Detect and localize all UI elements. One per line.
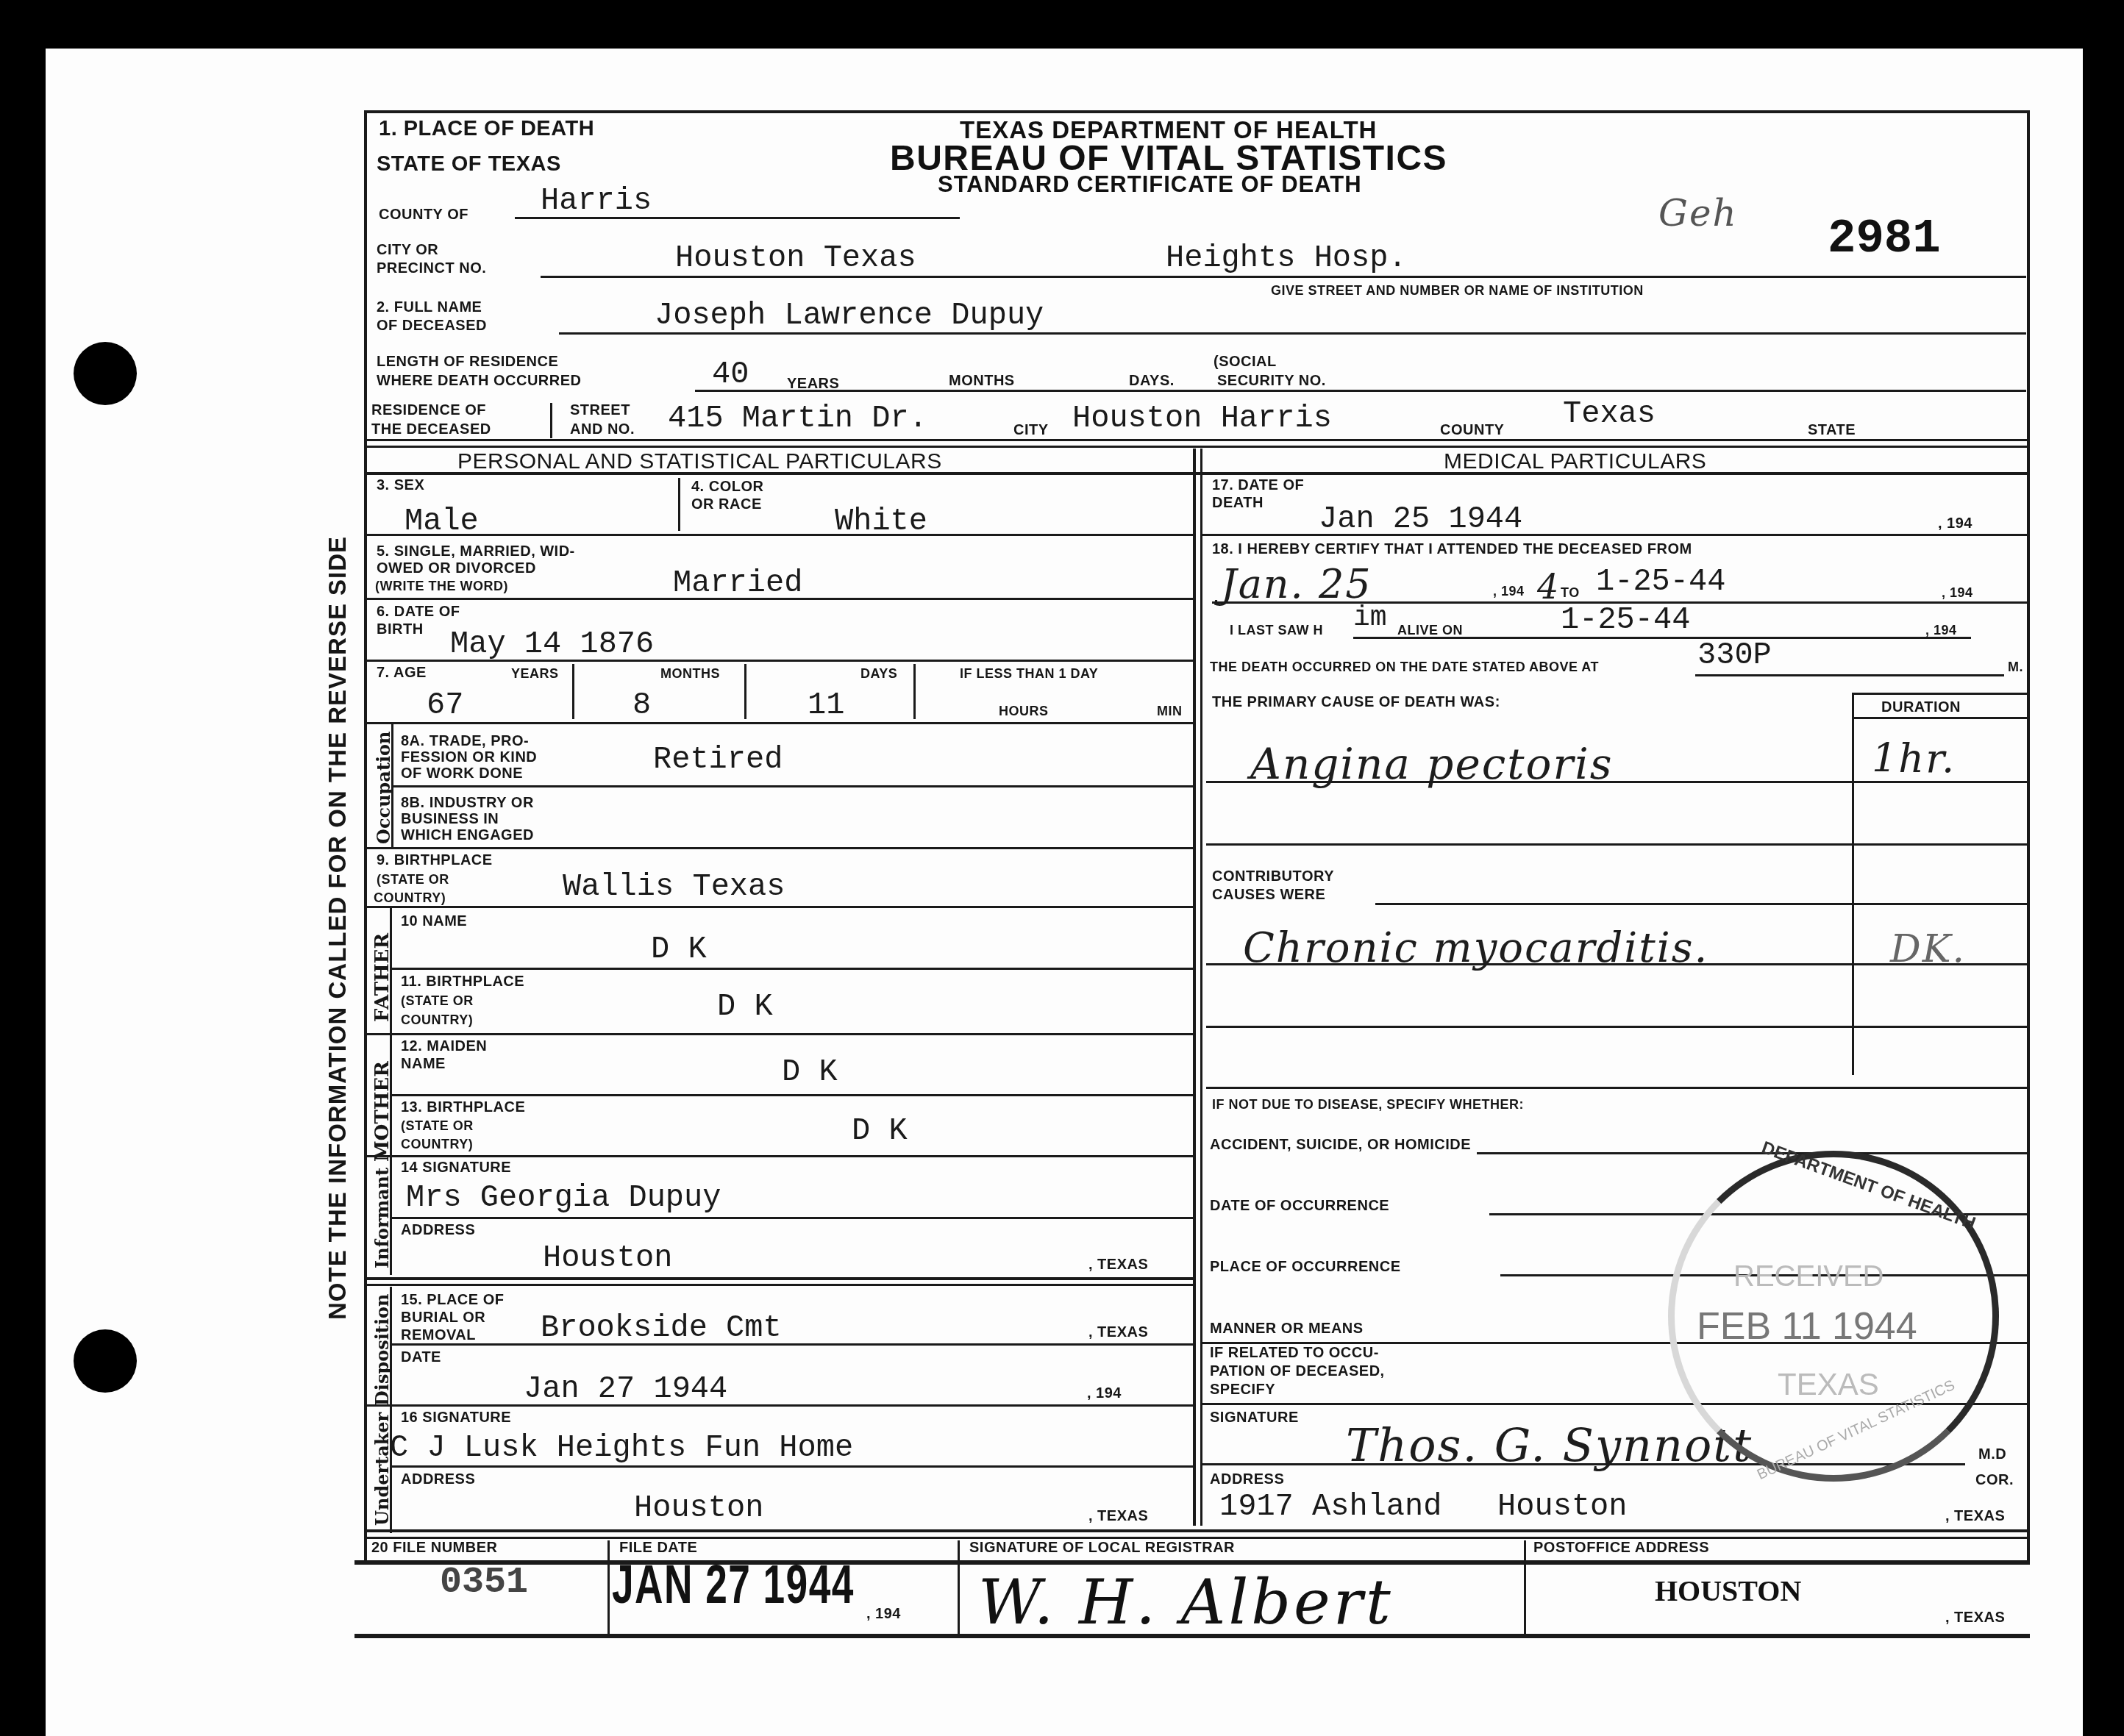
marital-label-1: 5. SINGLE, MARRIED, WID- [377,544,575,560]
age-divider-2 [744,664,746,719]
stamp-date: FEB 11 1944 [1697,1304,1917,1349]
residence-years-value: 40 [712,359,749,390]
physician-address-value: 1917 Ashland Houston [1219,1491,1628,1522]
occurrence-date-label: DATE OF OCCURRENCE [1210,1199,1389,1214]
residence-bracket [550,403,552,438]
months-label: MONTHS [949,374,1015,389]
manner-label: MANNER OR MEANS [1210,1321,1364,1337]
sex-value: Male [405,506,479,537]
residence-state-label: STATE [1808,423,1856,438]
registrar-divider [958,1540,960,1636]
cor-label: COR. [1975,1473,2014,1488]
time-line [1695,674,2004,676]
contributory-line [1375,903,2030,905]
sex-line [364,534,1193,536]
city-label-1: CITY OR [377,243,438,258]
postoffice-texas-label: , TEXAS [1945,1610,2005,1626]
undertaker-sig-line [390,1465,1193,1468]
time-of-death-label: THE DEATH OCCURRED ON THE DATE STATED AB… [1210,660,1599,674]
residence-length-label-2: WHERE DEATH OCCURRED [377,374,582,389]
residence-city-label: CITY [1013,423,1049,438]
residence-city-value: Houston Harris [1072,403,1332,434]
father-birthplace-label-1: 11. BIRTHPLACE [401,974,524,990]
county-line [515,217,960,219]
file-number-label: 20 FILE NUMBER [371,1540,497,1556]
county-label: COUNTY OF [379,207,468,223]
mother-birthplace-label-1: 13. BIRTHPLACE [401,1100,525,1115]
residence-county-value: Texas [1563,399,1656,429]
informant-address-value: Houston [543,1243,672,1274]
duration-header-line [1852,717,2030,719]
burial-texas-label: , TEXAS [1088,1325,1148,1340]
father-name-value: D K [651,934,707,965]
contributory-line-2 [1206,963,2030,965]
informant-double-line [364,1284,1193,1286]
stamp-received: RECEIVED [1733,1260,1884,1293]
informant-signature-label: 14 SIGNATURE [401,1160,511,1176]
mother-maiden-line [390,1094,1193,1096]
occupation-related-label-3: SPECIFY [1210,1382,1275,1398]
reverse-side-note: NOTE THE INFORMATION CALLED FOR ON THE R… [324,536,352,1320]
industry-label-2: BUSINESS IN [401,812,499,827]
time-suffix-label: M. [2008,660,2023,674]
dob-label-2: BIRTH [377,622,424,637]
marital-label-2: OWED OR DIVORCED [377,561,536,576]
trade-label-2: FESSION OR KIND [401,750,537,765]
burial-label-3: REMOVAL [401,1328,476,1343]
trade-line [391,785,1193,787]
bottom-section-double-line [364,1537,2030,1539]
informant-line [364,1277,1193,1280]
attended-to-year-suffix: , 194 [1942,586,1973,600]
contributory-label-2: CAUSES WERE [1212,887,1325,903]
residence-county-label: COUNTY [1440,423,1504,438]
age-months-label: MONTHS [660,667,720,681]
medical-section-title: MEDICAL PARTICULARS [1444,450,1706,474]
dob-label-1: 6. DATE OF [377,604,460,620]
marital-status-value: Married [673,568,802,599]
primary-cause-value: Angina pectoris [1250,743,1614,785]
file-number-value: 0351 [440,1565,528,1601]
accident-line [1477,1152,2030,1154]
contributory-label-1: CONTRIBUTORY [1212,869,1334,885]
ssn-label-1: (SOCIAL [1214,354,1277,370]
attended-to-label: TO [1561,586,1580,600]
informant-texas-label: , TEXAS [1088,1257,1148,1273]
institution-value: Heights Hosp. [1166,243,1407,274]
marital-line [364,598,1193,600]
age-min-label: MIN [1157,704,1183,718]
age-years-value: 67 [427,690,463,721]
father-line [364,1033,1193,1035]
registrar-bottom-line [354,1634,2030,1638]
father-birthplace-label-2: (STATE OR [401,994,474,1008]
personal-section-title: PERSONAL AND STATISTICAL PARTICULARS [457,450,942,474]
postoffice-label: POSTOFFICE ADDRESS [1533,1540,1709,1556]
form-title: STANDARD CERTIFICATE OF DEATH [938,171,1362,198]
race-value: White [835,506,927,537]
race-label-2: OR RACE [691,497,762,512]
undertaker-address-label: ADDRESS [401,1472,475,1487]
physician-address-label: ADDRESS [1210,1472,1284,1487]
frame-bottom [354,1560,2030,1565]
registrar-signature-label: SIGNATURE OF LOCAL REGISTRAR [969,1540,1235,1556]
attended-to-value: 1-25-44 [1596,566,1725,597]
duration-divider [1852,693,1854,1075]
burial-label-2: BURIAL OR [401,1310,485,1326]
contributory-line-4 [1206,1087,2030,1089]
registrar-signature-value: W. H. Albert [978,1566,1394,1638]
residence-street-value: 415 Martin Dr. [668,403,927,434]
attended-year-value: 4 [1537,570,1560,604]
mother-birthplace-label-2: (STATE OR [401,1119,474,1133]
date-of-birth-value: May 14 1876 [450,629,654,660]
age-divider-3 [913,664,916,719]
contributory-line-3 [1206,1026,2030,1028]
mother-maiden-label-2: NAME [401,1057,446,1072]
birthplace-label-3: COUNTRY) [374,891,446,905]
undertaker-texas-label: , TEXAS [1088,1509,1148,1524]
birthplace-label-1: 9. BIRTHPLACE [377,853,493,868]
punch-hole-top [74,342,137,405]
occupation-related-label-1: IF RELATED TO OCCU- [1210,1346,1379,1361]
mother-maiden-value: D K [782,1057,838,1087]
state-of-texas-label: STATE OF TEXAS [377,153,561,175]
received-stamp: DEPARTMENT OF HEALTH RECEIVED FEB 11 194… [1668,1151,1999,1482]
not-disease-label: IF NOT DUE TO DISEASE, SPECIFY WHETHER: [1212,1098,1524,1112]
sex-label: 3. SEX [377,478,424,493]
full-name-label-1: 2. FULL NAME [377,300,482,315]
undertaker-address-value: Houston [634,1493,763,1524]
burial-label-1: 15. PLACE OF [401,1293,504,1308]
residence-length-label-1: LENGTH OF RESIDENCE [377,354,558,370]
primary-cause-line [1206,781,2030,783]
md-label: M.D [1978,1447,2006,1462]
certificate-annotation: Geh [1658,195,1738,232]
birthplace-label-2: (STATE OR [377,873,449,887]
street-label-2: AND NO. [570,422,635,437]
residence-length-line [695,390,2026,392]
certify-label: 18. I HEREBY CERTIFY THAT I ATTENDED THE… [1212,542,1692,557]
mother-birthplace-value: D K [852,1115,908,1146]
trade-label-1: 8A. TRADE, PRO- [401,734,529,749]
column-divider-2 [1200,449,1202,1526]
occurrence-place-label: PLACE OF OCCURRENCE [1210,1260,1401,1275]
informant-side-divider [390,1157,392,1275]
physician-texas-label: , TEXAS [1945,1509,2005,1524]
postoffice-divider [1524,1540,1526,1636]
burial-year-suffix: , 194 [1087,1386,1122,1401]
father-side-divider [390,908,392,1037]
age-label: 7. AGE [377,665,427,681]
file-number-divider [607,1540,610,1636]
accident-label: ACCIDENT, SUICIDE, OR HOMICIDE [1210,1137,1471,1153]
trade-value: Retired [653,744,783,775]
city-label-2: PRECINCT NO. [377,261,486,276]
file-date-value: JAN 27 1944 [612,1553,855,1615]
age-months-value: 8 [632,690,651,721]
primary-cause-line-2 [1206,843,2030,846]
residence-label-2: THE DECEASED [371,422,491,437]
name-line [559,332,2026,335]
burial-date-value: Jan 27 1944 [524,1374,727,1404]
frame-top [364,110,2030,113]
certificate-number: 2981 [1828,213,1941,266]
duration-label: DURATION [1881,700,1961,715]
marital-label-3: (WRITE THE WORD) [375,579,508,593]
date-of-death-value: Jan 25 1944 [1319,504,1522,535]
burial-date-label: DATE [401,1350,441,1365]
postoffice-value: HOUSTON [1655,1574,1801,1608]
mother-birthplace-label-3: COUNTRY) [401,1137,473,1151]
industry-line [364,847,1193,849]
column-divider [1193,449,1196,1526]
place-of-death-label: 1. PLACE OF DEATH [379,118,594,140]
city-line [541,276,2026,278]
frame-right [2027,110,2030,1562]
attended-from-value: Jan. 25 [1221,565,1372,604]
file-date-year-suffix: , 194 [866,1607,901,1622]
institution-hint: GIVE STREET AND NUMBER OR NAME OF INSTIT… [1271,284,1644,298]
last-saw-date-value: 1-25-44 [1561,604,1690,635]
mother-side-divider [390,1035,392,1168]
age-days-value: 11 [808,690,844,721]
punch-hole-bottom [74,1329,137,1393]
frame-left [364,110,367,1562]
section-header-line [364,472,2030,475]
death-city-value: Houston Texas [675,243,916,274]
age-hours-label: HOURS [999,704,1049,718]
days-label: DAYS. [1129,374,1175,389]
full-name-label-2: OF DECEASED [377,318,487,334]
informant-sig-line [390,1217,1193,1219]
dod-year-suffix: , 194 [1938,516,1972,532]
last-saw-line [1353,637,1971,639]
physician-signature-value: Thos. G. Synnott [1346,1423,1753,1468]
birthplace-line [364,906,1193,908]
last-saw-year-suffix: , 194 [1925,624,1957,637]
sex-race-divider [678,478,680,531]
father-name-line [390,968,1193,970]
dod-label-2: DEATH [1212,496,1264,511]
residence-double-line [364,446,2030,448]
bottom-section-line [364,1529,2030,1532]
burial-date-line [364,1404,1193,1407]
county-value: Harris [541,185,652,216]
ssn-label-2: SECURITY NO. [1217,374,1326,389]
birthplace-value: Wallis Texas [563,871,785,902]
mother-maiden-label-1: 12. MAIDEN [401,1039,487,1054]
race-label-1: 4. COLOR [691,479,763,495]
burial-line [390,1343,1193,1346]
age-divider-1 [572,664,574,719]
duration-box-top [1852,693,2030,695]
mother-line [364,1155,1193,1157]
father-birthplace-value: D K [717,991,773,1022]
occupation-related-label-2: PATION OF DECEASED, [1210,1364,1385,1379]
attended-year-suffix: , 194 [1493,585,1525,599]
informant-address-label: ADDRESS [401,1223,475,1238]
informant-signature-value: Mrs Georgia Dupuy [406,1182,721,1213]
father-birthplace-label-3: COUNTRY) [401,1013,473,1027]
age-days-label: DAYS [860,667,897,681]
burial-place-value: Brookside Cmt [541,1312,782,1343]
age-less-day-label: IF LESS THAN 1 DAY [960,667,1098,681]
deceased-name-value: Joseph Lawrence Dupuy [655,300,1044,331]
trade-label-3: OF WORK DONE [401,766,523,782]
dob-line [364,660,1193,662]
time-of-death-value: 330P [1697,640,1772,671]
street-label-1: STREET [570,403,630,418]
undertaker-side-label: Undertaker [371,1412,393,1526]
father-name-label: 10 NAME [401,914,467,929]
age-years-label: YEARS [511,667,559,681]
primary-duration-value: 1hr. [1872,739,1956,779]
residence-label-1: RESIDENCE OF [371,403,486,418]
dod-label-1: 17. DATE OF [1212,478,1304,493]
industry-label-3: WHICH ENGAGED [401,828,534,843]
last-saw-label-2: ALIVE ON [1397,624,1463,637]
residence-line [364,439,2030,441]
last-saw-label-1: I LAST SAW H [1230,624,1323,637]
stamp-state: TEXAS [1778,1367,1879,1402]
physician-signature-label: SIGNATURE [1210,1410,1299,1426]
undertaker-signature-label: 16 SIGNATURE [401,1410,511,1426]
undertaker-signature-value: C J Lusk Heights Fun Home [390,1432,853,1463]
primary-cause-label: THE PRIMARY CAUSE OF DEATH WAS: [1212,695,1500,710]
last-saw-pronoun: im [1353,604,1387,632]
industry-label-1: 8B. INDUSTRY OR [401,796,534,811]
age-line [364,722,1193,724]
dod-line [1200,534,2030,536]
